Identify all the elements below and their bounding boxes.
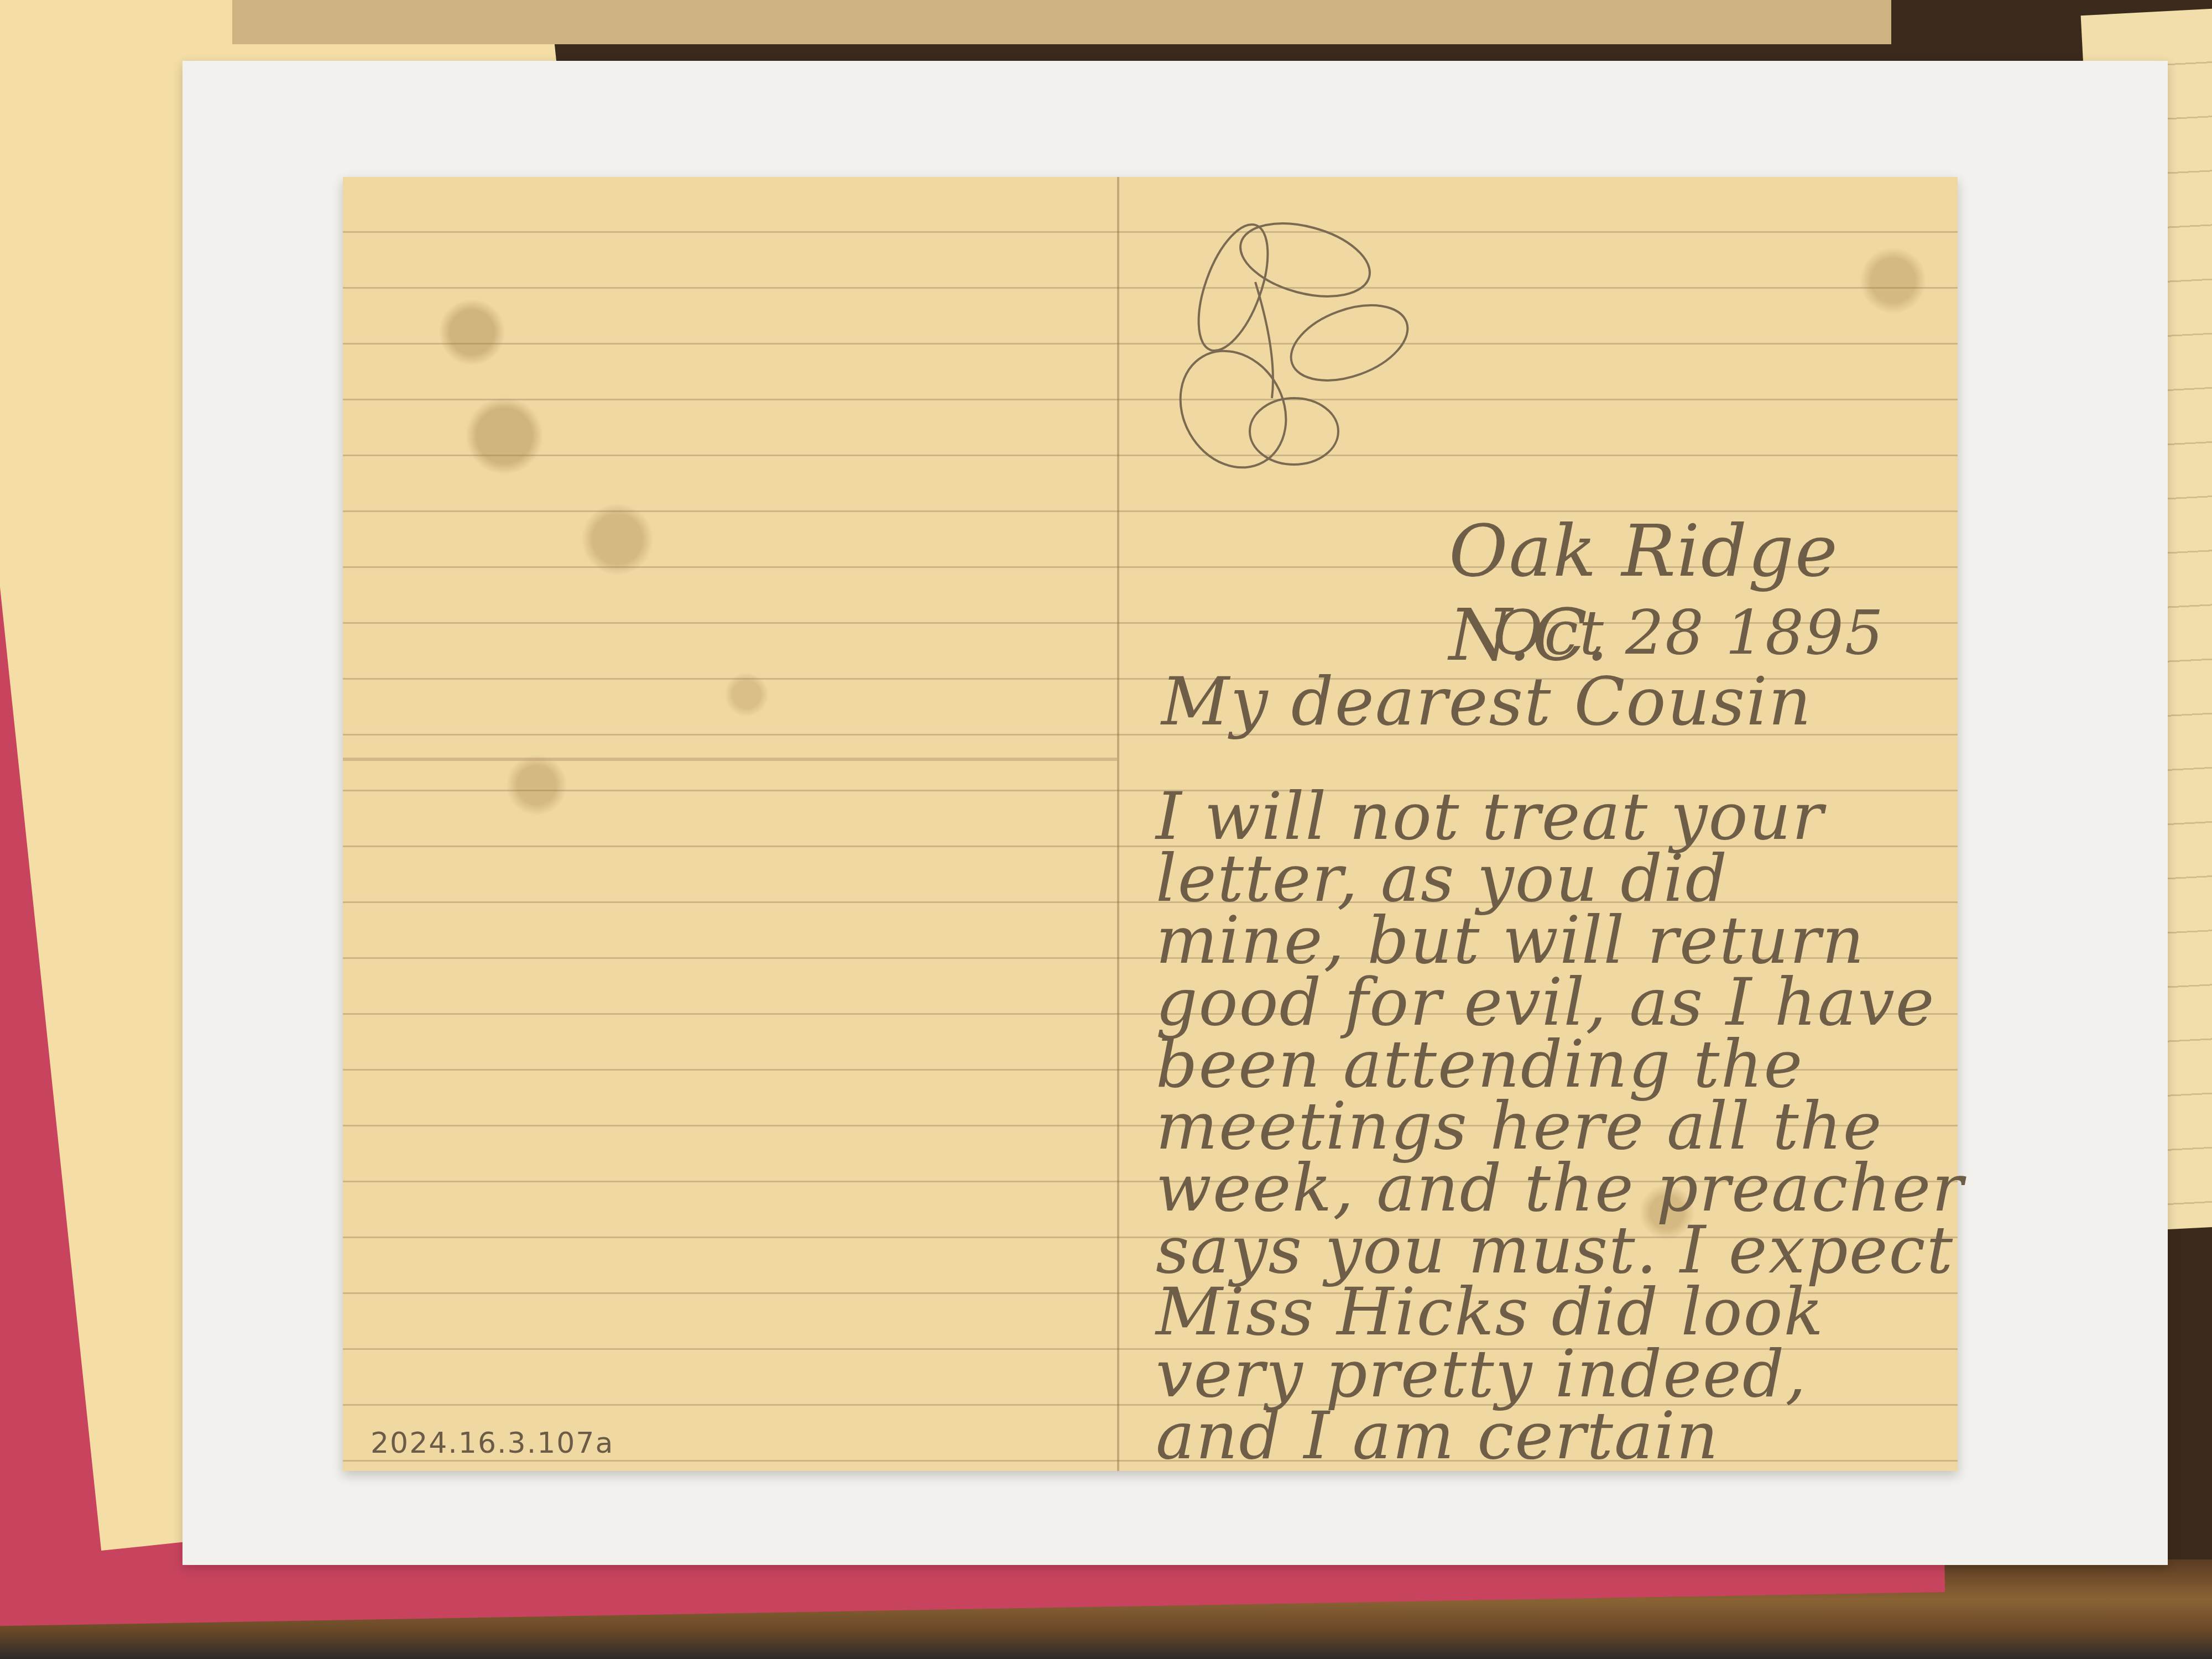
body-line: and I am certain — [1156, 1405, 1930, 1467]
body-line: week, and the preacher — [1156, 1157, 1930, 1219]
body-line: mine, but will return — [1156, 909, 1930, 971]
letter-salutation: My dearest Cousin — [1161, 664, 1812, 740]
letter-date: Oct 28 1895 — [1493, 597, 1885, 668]
monogram-flourish-icon — [1167, 199, 1443, 476]
horizontal-fold — [343, 758, 1117, 761]
body-line: meetings here all the — [1156, 1095, 1930, 1157]
letter-stack-top — [232, 0, 1891, 44]
body-line: very pretty indeed, — [1156, 1343, 1930, 1405]
body-line: says you must. I expect — [1156, 1219, 1930, 1281]
accession-number: 2024.16.3.107a — [371, 1427, 614, 1460]
body-line: letter, as you did — [1156, 847, 1930, 909]
letter-body: I will not treat your letter, as you did… — [1156, 785, 1930, 1467]
center-fold — [1117, 177, 1119, 1471]
body-line: Miss Hicks did look — [1156, 1281, 1930, 1343]
body-line: I will not treat your — [1156, 785, 1930, 847]
body-line: good for evil, as I have — [1156, 971, 1930, 1033]
handwritten-letter: Oak Ridge N.C. Oct 28 1895 My dearest Co… — [343, 177, 1958, 1471]
body-line: been attending the — [1156, 1033, 1930, 1095]
letter-page-right: Oak Ridge N.C. Oct 28 1895 My dearest Co… — [1139, 177, 1936, 1471]
